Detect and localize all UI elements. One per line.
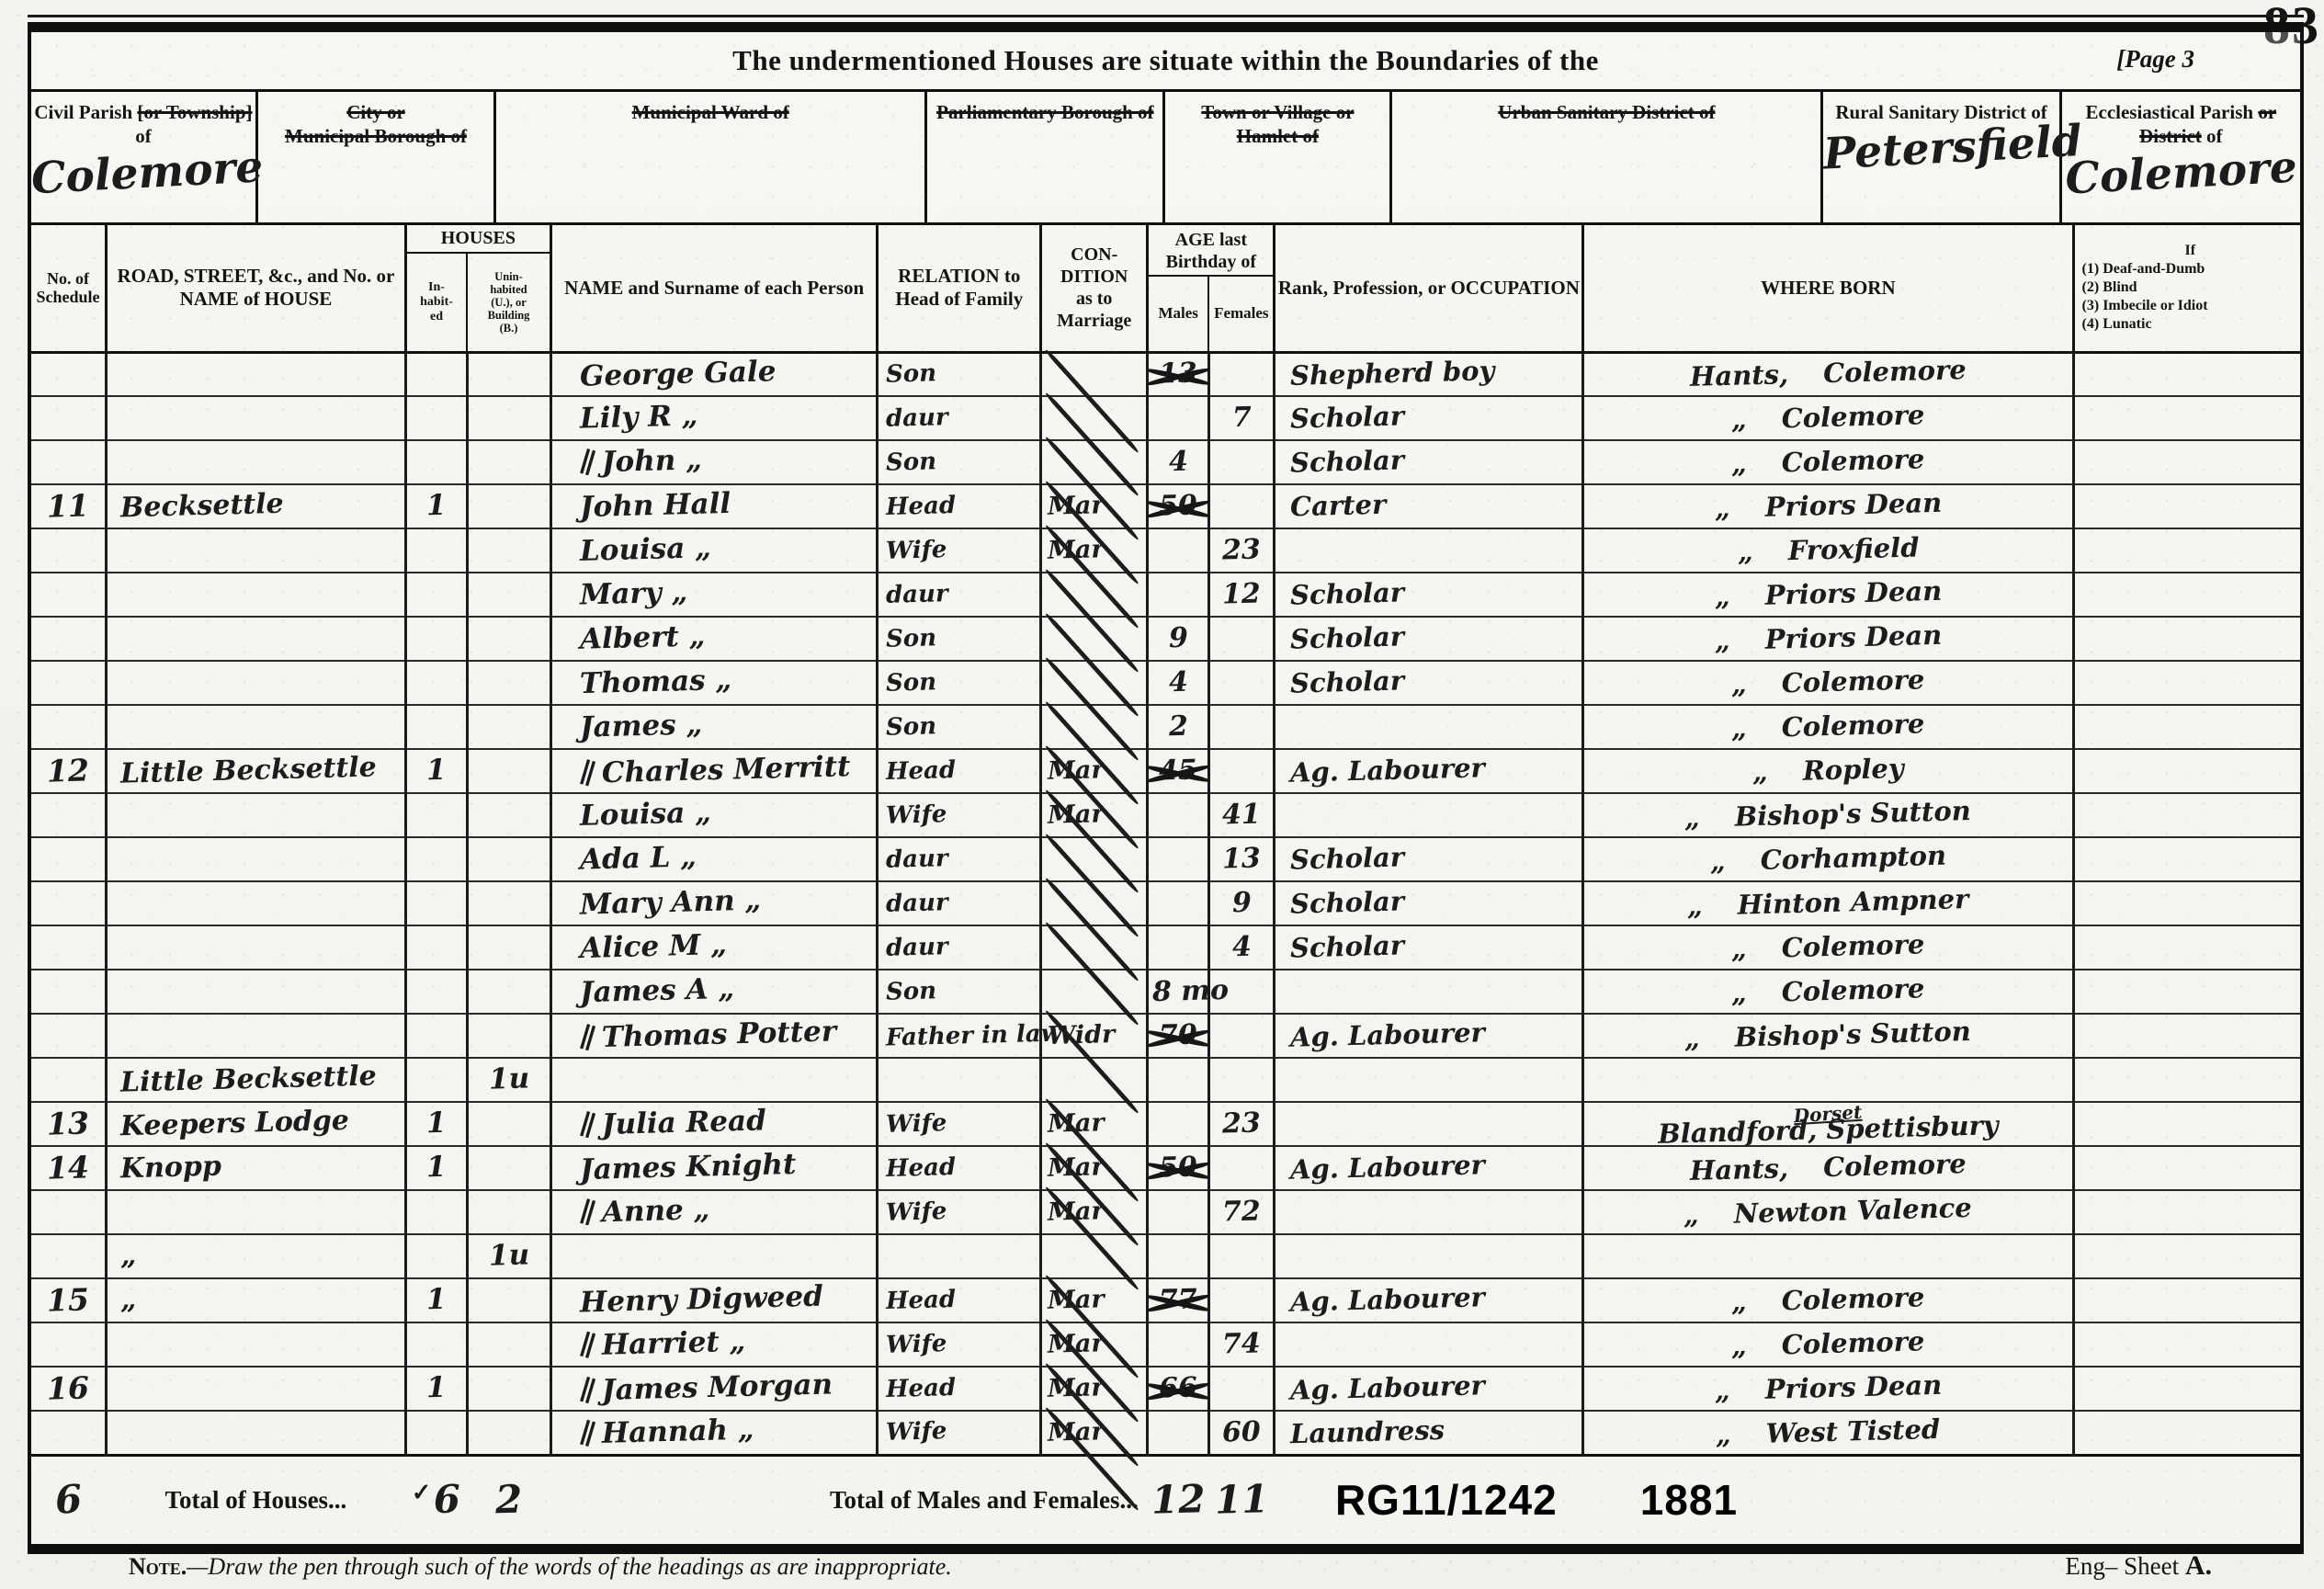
cell-infirmity [2073, 1190, 2300, 1234]
cell-infirmity [2073, 573, 2300, 617]
col-header-infirmity: If(1) Deaf-and-Dumb(2) Blind(3) Imbecile… [2073, 225, 2300, 352]
cell-born: „Colemore [1583, 440, 2073, 484]
cell-age-female [1208, 1278, 1275, 1322]
cell-name: ∥Julia Read [550, 1102, 878, 1146]
cell-uninhabited [467, 396, 550, 440]
cell-name: Louisa „ [550, 528, 878, 573]
cell-name: John Hall [550, 484, 878, 528]
cell-occupation [1275, 528, 1583, 573]
title-band: The undermentioned Houses are situate wi… [31, 32, 2300, 92]
header-box-municipal-ward: Municipal Ward of [496, 92, 927, 222]
cell-born [1583, 1234, 2073, 1278]
table-row: Mary „daur12Scholar„Priors Dean [31, 573, 2300, 617]
cell-age-female [1208, 1146, 1275, 1190]
table-row: 12Little Becksettle1∥Charles MerrittHead… [31, 749, 2300, 793]
table-row: Thomas „Son4Scholar„Colemore [31, 661, 2300, 705]
cell-house [106, 881, 405, 925]
cell-age-male [1148, 528, 1209, 573]
cell-infirmity [2073, 617, 2300, 661]
cell-uninhabited [467, 528, 550, 573]
cell-age-male [1148, 396, 1209, 440]
cell-age-female: 12 [1208, 573, 1275, 617]
cell-condition: Mar [1041, 1190, 1148, 1234]
cell-uninhabited [467, 881, 550, 925]
cell-inhabited [405, 793, 467, 837]
cell-inhabited [405, 837, 467, 881]
cell-inhabited [405, 970, 467, 1014]
household-separator-mark: ∥ [576, 1199, 597, 1229]
header-box-label: Ecclesiastical Parish orDistrict of [2062, 100, 2300, 149]
table-row: Louisa „WifeMar41„Bishop's Sutton [31, 793, 2300, 837]
cell-infirmity [2073, 793, 2300, 837]
cell-born: „Priors Dean [1583, 1367, 2073, 1411]
cell-relation: Son [878, 617, 1041, 661]
cell-name: James A „ [550, 970, 878, 1014]
col-header-uninhabited: Unin-habited(U.), orBuilding(B.) [468, 254, 550, 351]
cell-inhabited [405, 352, 467, 396]
cell-born: „Colemore [1583, 1278, 2073, 1322]
cell-age-male: 4 [1148, 440, 1209, 484]
cell-schedule [31, 1190, 106, 1234]
cell-relation: daur [878, 925, 1041, 970]
cell-occupation: Scholar [1275, 617, 1583, 661]
cell-condition [1041, 396, 1148, 440]
cell-schedule [31, 1014, 106, 1058]
cell-schedule: 16 [31, 1367, 106, 1411]
cell-inhabited: 1 [405, 1367, 467, 1411]
cell-occupation: Ag. Labourer [1275, 1367, 1583, 1411]
cell-name: ∥Harriet „ [550, 1322, 878, 1367]
cell-relation: Wife [878, 1102, 1041, 1146]
header-box-parliamentary-borough: Parliamentary Borough of [927, 92, 1165, 222]
cell-name: Henry Digweed [550, 1278, 878, 1322]
cell-relation: Son [878, 352, 1041, 396]
cell-age-male [1148, 573, 1209, 617]
cell-relation: Son [878, 970, 1041, 1014]
table-row: Lily R „daur7Scholar„Colemore [31, 396, 2300, 440]
col-header-name: NAME and Surname of each Person [550, 225, 878, 352]
cell-born: „Colemore [1583, 661, 2073, 705]
cell-born: „Bishop's Sutton [1583, 793, 2073, 837]
cell-born: „Corhampton [1583, 837, 2073, 881]
archive-stamp-cell: RG11/1242 1881 [1275, 1455, 2073, 1547]
cell-inhabited [405, 881, 467, 925]
cell-inhabited [405, 396, 467, 440]
table-row: ∥Thomas PotterFather in lawWidr70Ag. Lab… [31, 1014, 2300, 1058]
cell-infirmity [2073, 1278, 2300, 1322]
cell-uninhabited [467, 1411, 550, 1455]
cell-occupation [1275, 705, 1583, 749]
page-marker: [Page 3 [2116, 45, 2194, 74]
total-uninhabited: 2 [467, 1455, 550, 1547]
cell-uninhabited: 1u [467, 1234, 550, 1278]
cell-born: „West Tisted [1583, 1411, 2073, 1455]
houses-group-label: HOUSES [407, 225, 550, 254]
cell-age-female [1208, 352, 1275, 396]
cell-uninhabited: 1u [467, 1058, 550, 1102]
cell-house [106, 970, 405, 1014]
cell-relation: Wife [878, 1411, 1041, 1455]
cell-age-male [1148, 837, 1209, 881]
cell-infirmity [2073, 837, 2300, 881]
cell-born: Hants,Colemore [1583, 1146, 2073, 1190]
cell-schedule: 15 [31, 1278, 106, 1322]
header-box-urban-sanitary-district: Urban Sanitary District of [1392, 92, 1823, 222]
cell-infirmity [2073, 749, 2300, 793]
cell-house [106, 352, 405, 396]
household-separator-mark: ∥ [576, 1333, 597, 1362]
cell-born: „Hinton Ampner [1583, 881, 2073, 925]
header-box-town-village-hamlet: Town or Village orHamlet of [1165, 92, 1392, 222]
cell-house [106, 705, 405, 749]
cell-infirmity [2073, 661, 2300, 705]
cell-occupation: Ag. Labourer [1275, 1278, 1583, 1322]
cell-uninhabited [467, 1190, 550, 1234]
cell-occupation: Scholar [1275, 573, 1583, 617]
cell-occupation [1275, 1234, 1583, 1278]
header-box-value: Petersfield [1823, 124, 2060, 176]
cell-infirmity [2073, 1234, 2300, 1278]
col-header-condition: CON-DITIONas toMarriage [1041, 225, 1148, 352]
cell-house: Keepers Lodge [106, 1102, 405, 1146]
cell-name: Lily R „ [550, 396, 878, 440]
cell-occupation [1275, 1190, 1583, 1234]
cell-name [550, 1058, 878, 1102]
table-row: Albert „Son9Scholar„Priors Dean [31, 617, 2300, 661]
header-box-civil-parish: Civil Parish [or Township] ofColemore [31, 92, 258, 222]
cell-uninhabited [467, 352, 550, 396]
cell-relation: Head [878, 1278, 1041, 1322]
cell-born: „Colemore [1583, 1322, 2073, 1367]
cell-uninhabited [467, 705, 550, 749]
table-row: 14Knopp1James KnightHeadMar50Ag. Laboure… [31, 1146, 2300, 1190]
cell-house [106, 1190, 405, 1234]
cell-relation: daur [878, 573, 1041, 617]
col-header-schedule: No. ofSchedule [31, 225, 106, 352]
cell-inhabited: 1 [405, 1102, 467, 1146]
cell-inhabited [405, 1322, 467, 1367]
table-row: ∥Hannah „WifeMar60Laundress„West Tisted [31, 1411, 2300, 1455]
cell-inhabited: 1 [405, 1146, 467, 1190]
cell-condition [1041, 440, 1148, 484]
cell-relation [878, 1234, 1041, 1278]
cell-occupation [1275, 1322, 1583, 1367]
cell-born: „Newton Valence [1583, 1190, 2073, 1234]
cell-occupation: Scholar [1275, 837, 1583, 881]
cell-uninhabited [467, 1322, 550, 1367]
cell-house [106, 1411, 405, 1455]
cell-condition: Mar [1041, 1411, 1148, 1455]
totals-row: 6 Total of Houses... ✓6 2 Total of Males… [31, 1455, 2300, 1547]
cell-inhabited [405, 440, 467, 484]
cell-schedule [31, 705, 106, 749]
cell-condition: Mar [1041, 1278, 1148, 1322]
cell-age-male: 70 [1148, 1014, 1209, 1058]
cell-occupation [1275, 970, 1583, 1014]
header-box-label: City orMunicipal Borough of [258, 100, 493, 149]
cell-infirmity [2073, 484, 2300, 528]
cell-inhabited: 1 [405, 1278, 467, 1322]
cell-relation: Head [878, 484, 1041, 528]
cell-relation: daur [878, 881, 1041, 925]
cell-born: „Ropley [1583, 749, 2073, 793]
cell-age-female: 13 [1208, 837, 1275, 881]
total-houses-label: Total of Houses... [106, 1455, 405, 1547]
cell-inhabited [405, 528, 467, 573]
total-schedules: 6 [31, 1455, 106, 1547]
cell-schedule [31, 1322, 106, 1367]
table-row: ∥Harriet „WifeMar74„Colemore [31, 1322, 2300, 1367]
household-separator-mark: ∥ [576, 1421, 597, 1450]
cell-inhabited [405, 925, 467, 970]
table-row: „1u [31, 1234, 2300, 1278]
cell-age-female: 60 [1208, 1411, 1275, 1455]
cell-relation: Wife [878, 528, 1041, 573]
cell-condition [1041, 705, 1148, 749]
header-boxes: Civil Parish [or Township] ofColemoreCit… [31, 92, 2300, 225]
header-box-label: Parliamentary Borough of [927, 100, 1162, 124]
cell-inhabited [405, 1190, 467, 1234]
census-scan-page: 83 The undermentioned Houses are situate… [0, 0, 2324, 1589]
cell-occupation: Laundress [1275, 1411, 1583, 1455]
cell-uninhabited [467, 970, 550, 1014]
cell-house [106, 440, 405, 484]
cell-schedule [31, 793, 106, 837]
table-row: ∥John „Son4Scholar„Colemore [31, 440, 2300, 484]
cell-uninhabited [467, 440, 550, 484]
cell-age-male: 77 [1148, 1278, 1209, 1322]
cell-schedule [31, 352, 106, 396]
table-row: Mary Ann „daur9Scholar„Hinton Ampner [31, 881, 2300, 925]
cell-age-female [1208, 749, 1275, 793]
age-group-label: AGE last Birthday of [1149, 225, 1273, 277]
cell-age-female [1208, 1234, 1275, 1278]
cell-infirmity [2073, 352, 2300, 396]
cell-infirmity [2073, 881, 2300, 925]
cell-relation: Son [878, 705, 1041, 749]
cell-condition [1041, 1234, 1148, 1278]
cell-occupation: Scholar [1275, 396, 1583, 440]
cell-occupation: Ag. Labourer [1275, 749, 1583, 793]
cell-inhabited [405, 1058, 467, 1102]
cell-uninhabited [467, 1146, 550, 1190]
cell-condition [1041, 837, 1148, 881]
col-header-road: ROAD, STREET, &c., and No. or NAME of HO… [106, 225, 405, 352]
cell-infirmity [2073, 1322, 2300, 1367]
cell-uninhabited [467, 661, 550, 705]
cell-infirmity [2073, 1102, 2300, 1146]
footer-note: Note.—Draw the pen through such of the w… [129, 1553, 952, 1581]
cell-condition: Mar [1041, 749, 1148, 793]
cell-occupation [1275, 793, 1583, 837]
cell-relation [878, 1058, 1041, 1102]
cell-name: ∥Thomas Potter [550, 1014, 878, 1058]
table-row: ∥Anne „WifeMar72„Newton Valence [31, 1190, 2300, 1234]
cell-inhabited [405, 661, 467, 705]
cell-infirmity [2073, 705, 2300, 749]
cell-age-female: 41 [1208, 793, 1275, 837]
cell-inhabited [405, 1234, 467, 1278]
cell-uninhabited [467, 1102, 550, 1146]
cell-name: Mary „ [550, 573, 878, 617]
header-box-label: Urban Sanitary District of [1392, 100, 1820, 124]
cell-occupation: Scholar [1275, 881, 1583, 925]
cell-age-female [1208, 1014, 1275, 1058]
cell-uninhabited [467, 1367, 550, 1411]
cell-schedule [31, 1234, 106, 1278]
col-header-inhabited: In-habit-ed [407, 254, 468, 351]
table-row: 11Becksettle1John HallHeadMar50Carter„Pr… [31, 484, 2300, 528]
cell-inhabited [405, 1014, 467, 1058]
cell-inhabited [405, 705, 467, 749]
cell-schedule [31, 970, 106, 1014]
cell-born: „Priors Dean [1583, 617, 2073, 661]
cell-occupation [1275, 1058, 1583, 1102]
cell-age-male: 2 [1148, 705, 1209, 749]
cell-condition: Mar [1041, 1102, 1148, 1146]
cell-age-female [1208, 440, 1275, 484]
col-header-females: Females [1209, 277, 1273, 351]
col-header-occupation: Rank, Profession, or OCCUPATION [1275, 225, 1583, 352]
cell-uninhabited [467, 793, 550, 837]
cell-name: ∥Anne „ [550, 1190, 878, 1234]
cell-name: ∥James Morgan [550, 1367, 878, 1411]
cell-house: Little Becksettle [106, 749, 405, 793]
cell-age-male [1148, 1102, 1209, 1146]
cell-house: „ [106, 1234, 405, 1278]
cell-condition: Mar [1041, 1322, 1148, 1367]
sheet-label: Eng– Sheet A. [2065, 1550, 2212, 1582]
cell-condition: Mar [1041, 528, 1148, 573]
header-box-label: Municipal Ward of [496, 100, 924, 124]
cell-schedule [31, 925, 106, 970]
cell-age-male: 13 [1148, 352, 1209, 396]
table-row: James „Son2„Colemore [31, 705, 2300, 749]
cell-age-male: 50 [1148, 484, 1209, 528]
cell-infirmity [2073, 440, 2300, 484]
cell-schedule [31, 661, 106, 705]
cell-age-male [1148, 793, 1209, 837]
table-row: 161∥James MorganHeadMar66Ag. Labourer„Pr… [31, 1367, 2300, 1411]
table-row: 15„1Henry DigweedHeadMar77Ag. Labourer„C… [31, 1278, 2300, 1322]
cell-uninhabited [467, 1278, 550, 1322]
table-row: James A „Son8 mo„Colemore [31, 970, 2300, 1014]
cell-name: Thomas „ [550, 661, 878, 705]
cell-name: ∥Hannah „ [550, 1411, 878, 1455]
cell-age-female: 7 [1208, 396, 1275, 440]
census-rows: George GaleSon13Shepherd boyHants,Colemo… [31, 352, 2300, 1455]
cell-name: Alice M „ [550, 925, 878, 970]
cell-age-female: 74 [1208, 1322, 1275, 1367]
cell-condition [1041, 970, 1148, 1014]
col-header-houses: HOUSES In-habit-ed Unin-habited(U.), orB… [405, 225, 550, 352]
cell-condition [1041, 925, 1148, 970]
cell-relation: daur [878, 396, 1041, 440]
cell-occupation: Scholar [1275, 925, 1583, 970]
cell-age-female [1208, 1058, 1275, 1102]
stamp-reference: RG11/1242 [1335, 1475, 1558, 1525]
cell-inhabited [405, 617, 467, 661]
cell-condition: Mar [1041, 484, 1148, 528]
cell-name: James Knight [550, 1146, 878, 1190]
cell-name: Albert „ [550, 617, 878, 661]
cell-schedule [31, 1058, 106, 1102]
col-header-males: Males [1149, 277, 1209, 351]
cell-infirmity [2073, 1014, 2300, 1058]
cell-occupation: Scholar [1275, 440, 1583, 484]
cell-uninhabited [467, 484, 550, 528]
cell-house [106, 1014, 405, 1058]
cell-relation: Head [878, 749, 1041, 793]
cell-relation: Son [878, 661, 1041, 705]
cell-name [550, 1234, 878, 1278]
cell-condition: Widr [1041, 1014, 1148, 1058]
cell-schedule [31, 440, 106, 484]
cell-name: Ada L „ [550, 837, 878, 881]
cell-born [1583, 1058, 2073, 1102]
cell-uninhabited [467, 617, 550, 661]
cell-schedule: 11 [31, 484, 106, 528]
cell-age-female [1208, 661, 1275, 705]
cell-condition [1041, 573, 1148, 617]
cell-infirmity [2073, 1058, 2300, 1102]
page-title: The undermentioned Houses are situate wi… [732, 44, 1599, 77]
cell-condition: Mar [1041, 793, 1148, 837]
cell-infirmity [2073, 1367, 2300, 1411]
cell-infirmity [2073, 1146, 2300, 1190]
cell-condition: Mar [1041, 1146, 1148, 1190]
cell-infirmity [2073, 1411, 2300, 1455]
table-row: Ada L „daur13Scholar„Corhampton [31, 837, 2300, 881]
cell-condition [1041, 1058, 1148, 1102]
cell-age-male [1148, 1322, 1209, 1367]
cell-age-male: 4 [1148, 661, 1209, 705]
cell-age-female [1208, 484, 1275, 528]
household-separator-mark: ∥ [576, 760, 597, 789]
cell-infirmity [2073, 528, 2300, 573]
header-box-municipal-borough: City orMunicipal Borough of [258, 92, 496, 222]
cell-schedule: 14 [31, 1146, 106, 1190]
cell-age-male [1148, 1058, 1209, 1102]
total-females: 11 [1208, 1455, 1275, 1547]
cell-age-female: 23 [1208, 1102, 1275, 1146]
archive-stamp: RG11/1242 1881 [1275, 1475, 2072, 1525]
cell-house [106, 1367, 405, 1411]
header-box-rural-sanitary-district: Rural Sanitary District ofPetersfield [1823, 92, 2061, 222]
cell-inhabited [405, 573, 467, 617]
cell-inhabited: 1 [405, 484, 467, 528]
cell-age-female: 72 [1208, 1190, 1275, 1234]
cell-born: „Colemore [1583, 925, 2073, 970]
household-separator-mark: ∥ [576, 449, 597, 479]
cell-born: „Froxfield [1583, 528, 2073, 573]
cell-relation: Head [878, 1367, 1041, 1411]
header-box-label: Civil Parish [or Township] of [31, 100, 255, 149]
cell-uninhabited [467, 749, 550, 793]
table-row: George GaleSon13Shepherd boyHants,Colemo… [31, 352, 2300, 396]
footer: Note.—Draw the pen through such of the w… [28, 1550, 2304, 1582]
cell-name: ∥John „ [550, 440, 878, 484]
cell-age-male: 66 [1148, 1367, 1209, 1411]
cell-age-female: 9 [1208, 881, 1275, 925]
cell-name: Mary Ann „ [550, 881, 878, 925]
cell-condition [1041, 661, 1148, 705]
cell-schedule: 12 [31, 749, 106, 793]
cell-relation: Father in law [878, 1014, 1041, 1058]
cell-age-male [1148, 1411, 1209, 1455]
cell-infirmity [2073, 925, 2300, 970]
cell-house [106, 617, 405, 661]
